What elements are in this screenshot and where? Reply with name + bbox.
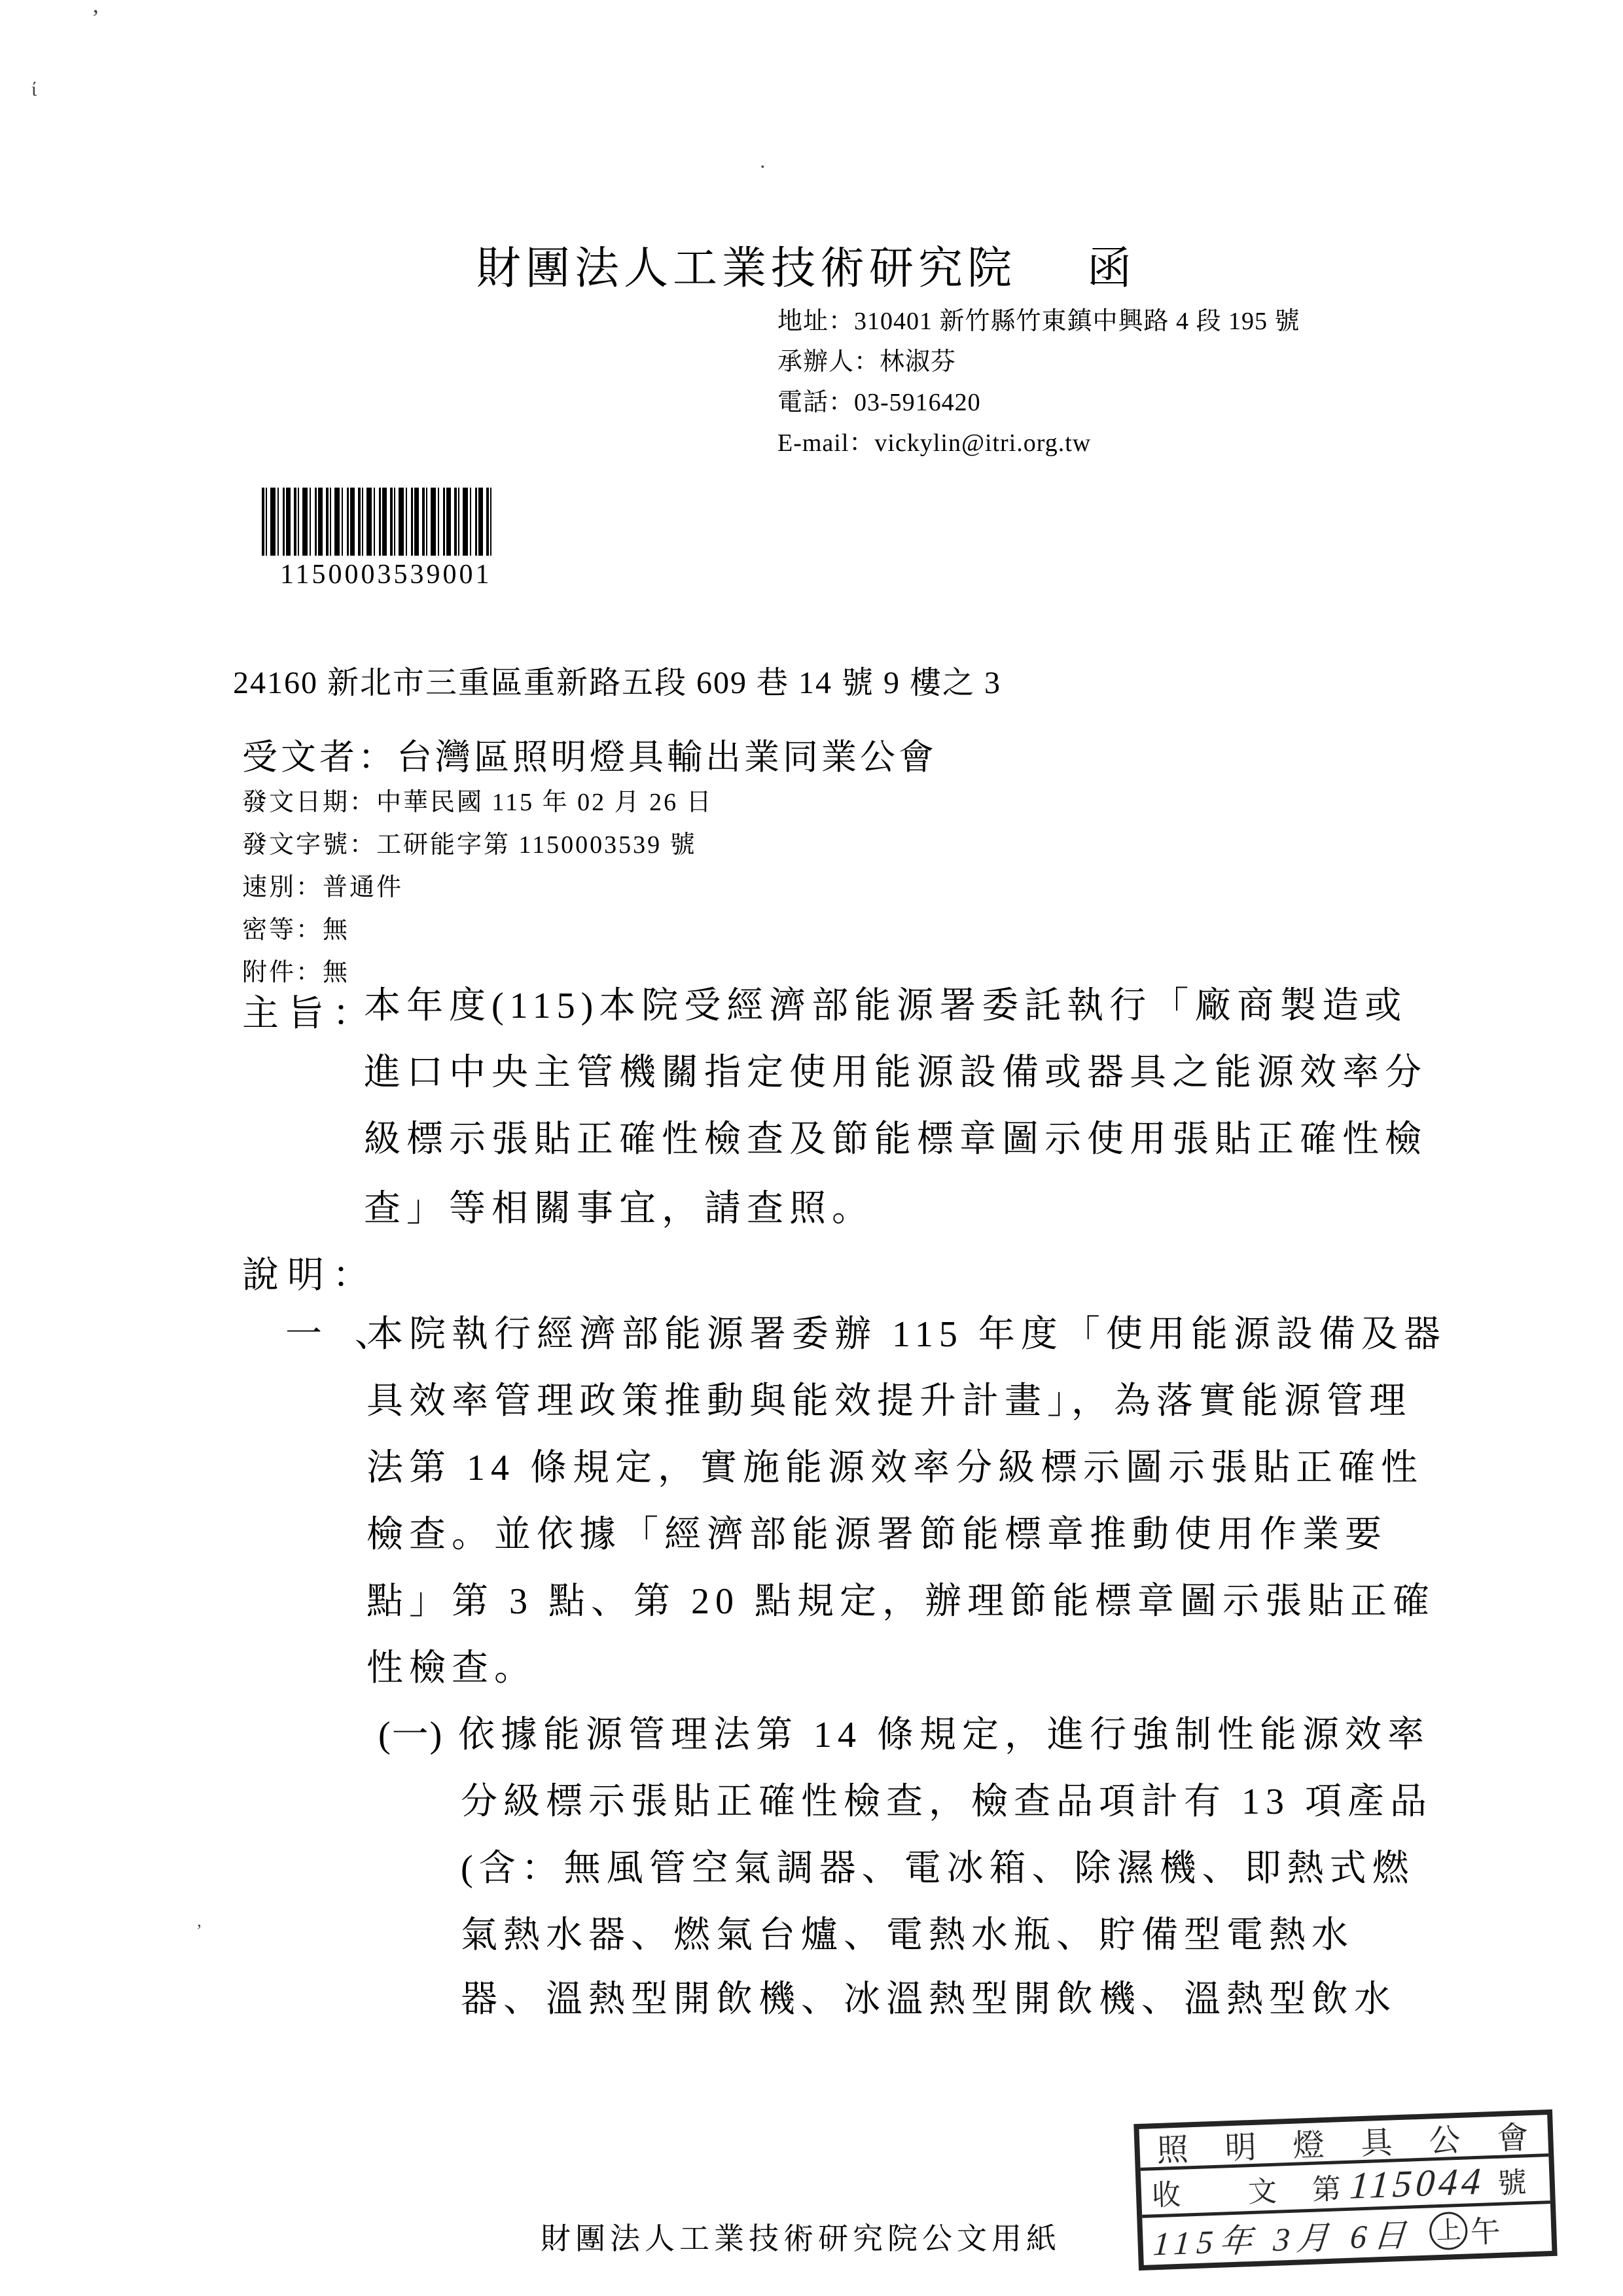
meta-label: 附件： — [242, 959, 323, 986]
stamp-receive-number-handwritten: 115044 — [1348, 2159, 1486, 2207]
description-line: 點」第 3 點、第 20 點規定，辦理節能標章圖示張貼正確 — [366, 1580, 1435, 1623]
meta-row-speed: 速別：普通件 — [242, 867, 713, 909]
stamp-am-rest: 午 — [1469, 2208, 1501, 2252]
subject-line: 本年度(115)本院受經濟部能源署委託執行「廠商製造或 — [364, 984, 1407, 1028]
document-meta-block: 發文日期：中華民國 115 年 02 月 26 日 發文字號：工研能字第 115… — [242, 781, 713, 994]
meta-row-security: 密等：無 — [242, 909, 713, 952]
description-line: 依據能源管理法第 14 條規定，進行強制性能源效率 — [458, 1713, 1430, 1757]
received-stamp: 照明燈具公會 收 文 第 115044 號 115年 3月 6日 上 午 — [1133, 2109, 1557, 2270]
subject-line: 查」等相關事宜，請查照。 — [364, 1187, 874, 1230]
subject-line: 級標示張貼正確性檢查及節能標章圖示使用張貼正確性檢 — [364, 1118, 1427, 1161]
meta-value: 工研能字第 1150003539 號 — [376, 831, 697, 859]
meta-label: 速別： — [242, 874, 323, 901]
recipient-label: 受文者： — [242, 738, 397, 777]
stamp-date-handwritten: 115年 3月 6日 — [1152, 2208, 1414, 2265]
description-line: 器、溫熱型開飲機、冰溫熱型開飲機、溫熱型飲水 — [461, 1978, 1397, 2021]
description-line: 氣熱水器、燃氣台爐、電熱水瓶、貯備型電熱水 — [461, 1914, 1354, 1957]
scan-noise-mark: · — [759, 154, 766, 179]
sender-contact-person: 承辦人：林淑芬 — [777, 342, 1300, 382]
sender-contact-block: 地址：310401 新竹縣竹東鎮中興路 4 段 195 號 承辦人：林淑芬 電話… — [777, 301, 1300, 463]
org-name: 財團法人工業技術研究院 — [476, 243, 1016, 293]
sender-phone: 電話：03-5916420 — [777, 382, 1300, 423]
description-line: 法第 14 條規定，實施能源效率分級標示圖示張貼正確性 — [366, 1446, 1423, 1490]
scanned-official-letter: ’ ί · ‚ 財團法人工業技術研究院函 地址：310401 新竹縣竹東鎮中興路… — [0, 0, 1623, 2296]
stamp-am-mark: 上 — [1429, 2212, 1469, 2251]
subject-line: 進口中央主管機關指定使用能源設備或器具之能源效率分 — [364, 1051, 1427, 1094]
meta-value: 無 — [323, 916, 349, 944]
meta-value: 普通件 — [323, 874, 403, 901]
barcode-number: 1150003539001 — [280, 559, 491, 590]
meta-row-doc-number: 發文字號：工研能字第 1150003539 號 — [242, 824, 713, 867]
subject-label: 主旨： — [242, 984, 378, 1037]
meta-value: 中華民國 115 年 02 月 26 日 — [376, 789, 713, 816]
scan-noise-mark: ‚ — [196, 1911, 202, 1931]
meta-label: 發文日期： — [242, 789, 376, 816]
description-line: 檢查。並依據「經濟部能源署節能標章推動使用作業要 — [366, 1513, 1387, 1556]
stamp-number-suffix: 號 — [1497, 2159, 1527, 2201]
letterhead-footer: 財團法人工業技術研究院公文用紙 — [541, 2215, 1061, 2258]
stamp-receive-label: 收 文 — [1151, 2166, 1308, 2214]
recipient-line: 受文者：台灣區照明燈具輸出業同業公會 — [242, 729, 937, 780]
meta-value: 無 — [323, 959, 349, 986]
meta-label: 密等： — [242, 916, 323, 944]
scan-noise-mark: ’ — [92, 4, 99, 31]
meta-row-issue-date: 發文日期：中華民國 115 年 02 月 26 日 — [242, 781, 713, 824]
recipient-name: 台灣區照明燈具輸出業同業公會 — [397, 738, 937, 777]
doc-type-letter: 函 — [1087, 243, 1136, 293]
description-line: 具效率管理政策推動與能效提升計畫」，為落實能源管理 — [366, 1380, 1412, 1423]
sender-address: 地址：310401 新竹縣竹東鎮中興路 4 段 195 號 — [777, 301, 1300, 342]
sender-email: E-mail：vickylin@itri.org.tw — [777, 423, 1300, 463]
description-label: 說明： — [242, 1246, 378, 1299]
description-line: (含：無風管空氣調器、電冰箱、除濕機、即熱式燃 — [461, 1847, 1415, 1890]
sub-item-number: (一) — [378, 1713, 443, 1757]
recipient-postal-address: 24160 新北市三重區重新路五段 609 巷 14 號 9 樓之 3 — [233, 657, 1001, 702]
meta-label: 發文字號： — [242, 831, 376, 859]
scan-noise-mark: ί — [31, 79, 37, 101]
barcode — [262, 488, 495, 556]
stamp-number-prefix: 第 — [1311, 2165, 1342, 2208]
document-title: 財團法人工業技術研究院函 — [476, 233, 1136, 296]
description-line: 分級標示張貼正確性檢查，檢查品項計有 13 項產品 — [461, 1780, 1433, 1823]
description-line: 本院執行經濟部能源署委辦 115 年度「使用能源設備及器 — [366, 1313, 1446, 1356]
description-line: 性檢查。 — [366, 1647, 537, 1690]
